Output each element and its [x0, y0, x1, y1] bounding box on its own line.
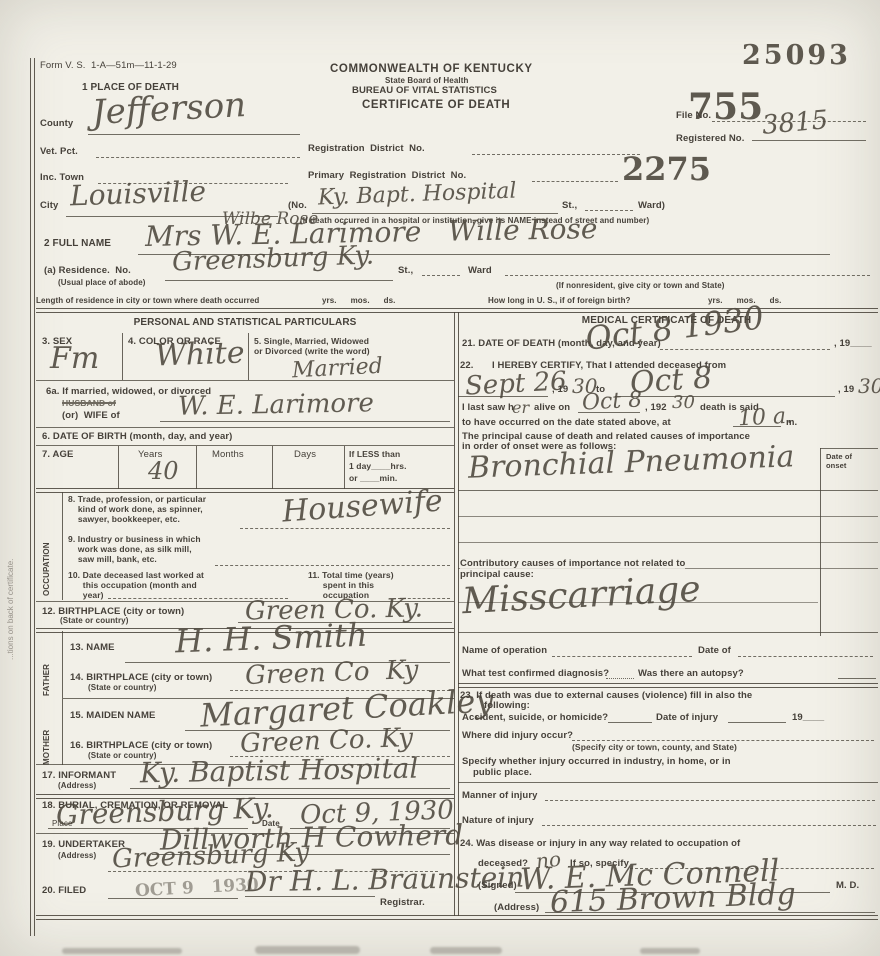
s20-label: 20. FILED [42, 885, 86, 896]
scan-artifact [640, 948, 700, 954]
county-label: County [40, 118, 73, 129]
residence-st-label: St., [398, 265, 413, 276]
father-vertical-label: FATHER [42, 634, 52, 696]
dob-label: 6. DATE OF BIRTH (month, day, and year) [42, 431, 232, 442]
row-rule [36, 445, 454, 446]
cause-line [458, 516, 878, 517]
primary-registration-blank [532, 181, 618, 182]
autopsy-blank [838, 678, 876, 679]
s22-hour-underline [733, 426, 781, 427]
s14-value: Green Co Ky [245, 657, 419, 689]
residence-label: (a) Residence. No. [44, 265, 131, 276]
hospital-value: Ky. Bapt. Hospital [318, 181, 517, 210]
s21-year-suffix: , 19____ [834, 338, 872, 349]
sex-value: Fm [50, 344, 99, 374]
city-st-blank [585, 210, 633, 211]
header-bureau: BUREAU OF VITAL STATISTICS [352, 85, 497, 96]
s22-alive-underline [578, 412, 640, 413]
vet-pct-label: Vet. Pct. [40, 146, 78, 157]
s6a-wife-label: (or) WIFE of [62, 410, 120, 421]
city-st-label: St., [562, 200, 577, 211]
s22-alive-value: Oct 8 [581, 389, 642, 414]
group-divider [62, 492, 63, 600]
header-commonwealth: COMMONWEALTH OF KENTUCKY [330, 63, 533, 77]
age-less-label: If LESS than [349, 449, 400, 459]
s17-value: Ky. Baptist Hospital [140, 755, 419, 788]
residence-value: Greensburg Ky. [172, 242, 375, 275]
residence-ward-label: Ward [468, 265, 492, 276]
s22-occurred: to have occurred on the date stated abov… [462, 417, 671, 428]
foreign-birth-label: How long in U. S., if of foreign birth? [488, 296, 631, 306]
residence-st-blank [422, 275, 460, 276]
s9-blank [215, 565, 450, 566]
s22-19a: , 19 [552, 384, 568, 395]
s8-label: 8. Trade, profession, or particular kind… [68, 494, 206, 525]
s17-sub: (Address) [58, 781, 96, 791]
registrar-label: Registrar. [380, 897, 425, 908]
primary-registration-label: Primary Registration District No. [308, 170, 466, 181]
form-number: Form V. S. 1-A—51m—11-1-29 [40, 60, 177, 71]
s6a-underline [160, 421, 450, 422]
s19-sub: (Address) [58, 851, 96, 861]
bottom-rule [36, 915, 878, 920]
s12-sub: (State or country) [60, 616, 128, 626]
operation-blank [552, 656, 692, 657]
cell-divider [122, 333, 123, 380]
nature-label: Nature of injury [462, 815, 534, 826]
s21-blank [660, 349, 830, 350]
registration-district-label: Registration District No. [308, 143, 425, 154]
date-of-onset-label: Date of onset [826, 452, 852, 470]
age-days-label: Days [294, 449, 316, 460]
cell-divider [272, 446, 273, 489]
test-blank [606, 678, 634, 679]
s24-line1: 24. Was disease or injury in any way rel… [460, 838, 740, 849]
s14-sub: (State or country) [88, 683, 156, 693]
file-no-label: File No. [676, 110, 711, 121]
full-name-label: 2 FULL NAME [44, 238, 111, 250]
address-underline [545, 912, 875, 913]
filed-underline [108, 898, 238, 899]
residence-underline [165, 280, 393, 281]
age-less-min: or ____min. [349, 473, 397, 483]
contributory-line [458, 602, 818, 603]
s23-accident-label: Accident, suicide, or homicide? [462, 712, 608, 723]
manner-blank [545, 800, 875, 801]
nature-blank [542, 825, 876, 826]
s22-to-year: 30 [858, 376, 880, 396]
s22-number: 22. [460, 360, 474, 371]
s13-label: 13. NAME [70, 642, 115, 653]
cause-line [458, 490, 878, 491]
cell-divider [248, 333, 249, 380]
s22-to-underline [615, 396, 835, 397]
age-months-label: Months [212, 449, 244, 460]
row-rule [36, 427, 454, 428]
serial-number-stamp: 25093 [742, 40, 851, 71]
city-value: Louisville [70, 178, 207, 211]
s13-value: H. H. Smith [175, 619, 368, 658]
address-label: (Address) [494, 902, 539, 913]
city-label: City [40, 200, 58, 211]
s22-from-underline [458, 396, 548, 397]
s10-label: 10. Date deceased last worked at this oc… [68, 570, 204, 601]
s14-label: 14. BIRTHPLACE (city or town) [70, 672, 212, 683]
left-border-rule [30, 58, 35, 936]
s23-where-label: Where did injury occur? [462, 730, 573, 741]
s22-lastsaw-pre: I last saw h [462, 402, 514, 413]
county-underline [88, 134, 300, 135]
contributory-line [458, 632, 878, 633]
s22-192: , 192 [645, 402, 667, 413]
cause-line [458, 542, 878, 543]
s8-blank [240, 528, 450, 529]
s22-alive-year: 30 [672, 394, 695, 412]
city-ward-label: Ward) [638, 200, 665, 211]
county-value: Jefferson [91, 88, 247, 130]
s23-where-blank [572, 740, 874, 741]
left-column-title: PERSONAL AND STATISTICAL PARTICULARS [36, 317, 454, 329]
s23-date-injury-label: Date of injury [656, 712, 718, 723]
s23-date-injury-blank [728, 722, 786, 723]
s17-label: 17. INFORMANT [42, 770, 116, 781]
length-residence-label: Length of residence in city or town wher… [36, 296, 259, 306]
s22-her: er [512, 400, 529, 416]
age-label: 7. AGE [42, 449, 73, 460]
contributory-value: Misscarriage [461, 572, 701, 620]
cell-divider [118, 446, 119, 489]
onset-box-top [820, 448, 878, 449]
scan-artifact [62, 948, 182, 954]
s22-19b: , 19 [838, 384, 854, 395]
s9-label: 9. Industry or business in which work wa… [68, 534, 201, 565]
vet-pct-blank [96, 157, 300, 158]
mother-vertical-label: MOTHER [42, 703, 52, 765]
scan-artifact [430, 947, 502, 954]
group-divider [62, 631, 63, 698]
group-divider [62, 699, 63, 765]
s15-label: 15. MAIDEN NAME [70, 710, 155, 721]
s6a-value: W. E. Larimore [178, 390, 374, 419]
s23-where-note: (Specify city or town, county, and State… [572, 742, 737, 752]
occupation-vertical-label: OCCUPATION [42, 500, 52, 596]
registered-no-label: Registered No. [676, 133, 744, 144]
race-value: White [155, 338, 246, 371]
s8-value: Housewife [281, 486, 444, 527]
operation-label: Name of operation [462, 645, 547, 656]
registered-no-underline [752, 140, 866, 141]
autopsy-label: Was there an autopsy? [638, 668, 744, 679]
s16-label: 16. BIRTHPLACE (city or town) [70, 740, 212, 751]
marital-label: 5. Single, Married, Widowed or Divorced … [254, 336, 370, 356]
s22-m-suffix: m. [786, 417, 797, 428]
length-units: yrs. mos. ds. [322, 296, 395, 306]
s17-underline [130, 788, 450, 789]
manner-label: Manner of injury [462, 790, 538, 801]
signed-label: (Signed) [478, 880, 517, 891]
nonresident-note: (If nonresident, give city or town and S… [556, 281, 725, 291]
s23-line1b: following: [484, 700, 530, 711]
death-certificate-scan: ...tions on back of certificate. 25093 F… [0, 0, 880, 956]
registrar-underline [245, 896, 375, 897]
row-rule [36, 380, 454, 381]
s23-rule [458, 782, 878, 783]
principal-cause-value: Bronchial Pneumonia [468, 442, 795, 483]
s23-19: 19____ [792, 712, 824, 723]
s6a-husband-struck: HUSBAND of [62, 398, 116, 408]
registration-district-blank [472, 154, 640, 155]
s23-specify-label: Specify whether injury occurred in indus… [462, 756, 731, 779]
primary-registration-stamp: 2275 [622, 150, 711, 188]
scan-artifact [255, 946, 360, 954]
s22-alive-label: alive on [534, 402, 570, 413]
abode-note: (Usual place of abode) [58, 278, 146, 288]
section-rule [458, 683, 878, 688]
md-label: M. D. [836, 880, 859, 891]
cell-divider [196, 446, 197, 489]
operation-date-blank [738, 656, 873, 657]
cell-divider [344, 446, 345, 489]
s23-accident-blank [608, 722, 652, 723]
age-less-hrs: 1 day____hrs. [349, 461, 407, 471]
marital-value: Married [291, 356, 383, 383]
margin-note: ...tions on back of certificate. [6, 559, 15, 660]
residence-ward-blank [505, 275, 870, 276]
header-certificate: CERTIFICATE OF DEATH [362, 99, 510, 113]
age-years-value: 40 [148, 459, 179, 483]
registered-no-value: 3815 [761, 107, 829, 139]
test-label: What test confirmed diagnosis? [462, 668, 609, 679]
operation-date-label: Date of [698, 645, 731, 656]
